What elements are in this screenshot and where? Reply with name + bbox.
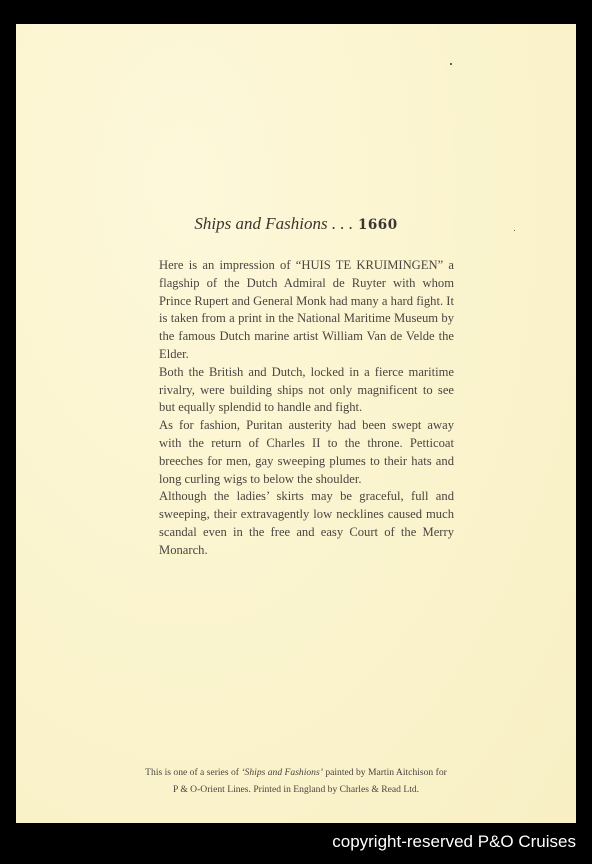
footer-credit: This is one of a series of ‘Ships and Fa… <box>16 764 576 798</box>
body-text: Here is an impression of “HUIS TE KRUIMI… <box>159 257 454 560</box>
document-page: Ships and Fashions . . . 1660 Here is an… <box>16 24 576 823</box>
footer-line-2: P & O-Orient Lines. Printed in England b… <box>16 781 576 798</box>
paragraph-ship-description: Here is an impression of “HUIS TE KRUIMI… <box>159 257 454 364</box>
footer-prefix: This is one of a series of <box>145 767 239 778</box>
document-title: Ships and Fashions . . . 1660 <box>16 214 576 234</box>
paper-speck <box>450 63 452 65</box>
footer-line-1: This is one of a series of ‘Ships and Fa… <box>16 764 576 781</box>
copyright-watermark: copyright-reserved P&O Cruises <box>332 832 576 852</box>
paragraph-rivalry: Both the British and Dutch, locked in a … <box>159 364 454 417</box>
footer-suffix: painted by Martin Aitchison for <box>325 767 447 778</box>
title-year: 1660 <box>358 217 398 233</box>
title-text: Ships and Fashions . . . <box>194 214 353 233</box>
paragraph-fashion: As for fashion, Puritan austerity had be… <box>159 417 454 488</box>
paragraph-ladies: Although the ladies’ skirts may be grace… <box>159 488 454 559</box>
footer-series-name: ‘Ships and Fashions’ <box>241 767 323 778</box>
